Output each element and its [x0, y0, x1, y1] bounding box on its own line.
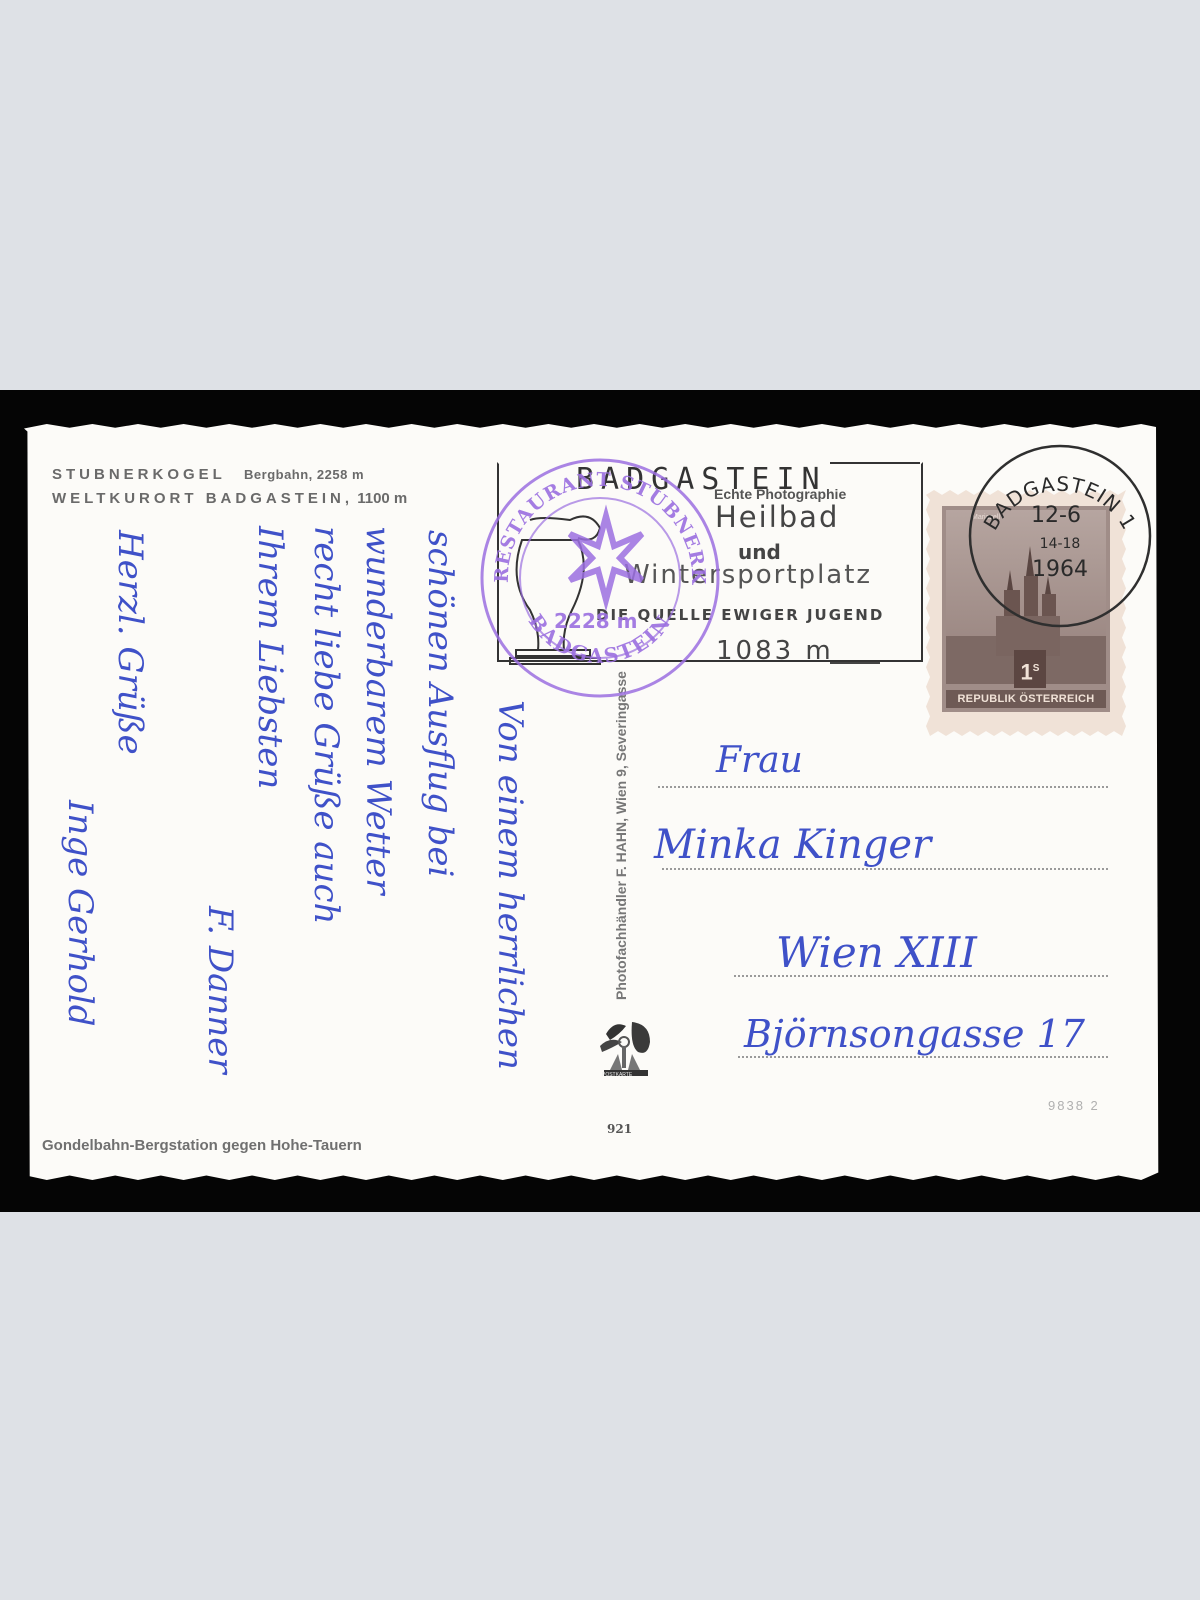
message-signature-1: F. Danner: [200, 906, 240, 1074]
message-signature-2: Inge Gerhold: [60, 800, 100, 1027]
header-subtitle: WELTKURORT BADGASTEIN,: [52, 490, 353, 507]
header-line-1: STUBNERKOGEL Bergbahn, 2258 m: [52, 466, 364, 483]
svg-text:14-18: 14-18: [1040, 536, 1081, 552]
svg-text:2228 m: 2228 m: [554, 609, 637, 633]
address-city: Wien XIII: [776, 928, 977, 977]
slogan-cancel-rule: [830, 462, 920, 464]
stamp-country: REPUBLIK ÖSTERREICH: [946, 690, 1106, 708]
address-line-4: [738, 1056, 1108, 1058]
svg-text:12-6: 12-6: [1031, 503, 1081, 528]
address-line-1: [658, 786, 1108, 788]
message-line-1: Von einem herrlichen: [490, 700, 530, 1070]
svg-text:1964: 1964: [1032, 557, 1088, 582]
header-elevation: 1100 m: [357, 490, 407, 507]
header-title: STUBNERKOGEL: [52, 466, 226, 483]
message-greeting: Herzl. Grüße: [110, 530, 150, 755]
message-line-3: wunderbarem Wetter: [358, 526, 398, 895]
header-detail: Bergbahn, 2258 m: [244, 467, 364, 482]
card-number: 921: [607, 1122, 632, 1136]
message-line-4: recht liebe Grüße auch: [306, 526, 346, 924]
restaurant-cachet-icon: BERGRESTAURANT STUBNERKOGEL • BADGASTEIN…: [478, 456, 722, 700]
svg-text:BERGRESTAURANT STUBNERKOGEL: BERGRESTAURANT STUBNERKOGEL: [478, 456, 709, 586]
message-line-2: schönen Ausflug bei: [420, 530, 460, 877]
address-salutation: Frau: [716, 740, 803, 781]
cancel-line-heilbad: Heilbad: [715, 500, 839, 534]
serial-number: 9838 2: [1048, 1098, 1100, 1113]
address-name: Minka Kinger: [654, 822, 931, 868]
cancel-dash: [830, 662, 880, 664]
address-street: Björnsongasse 17: [744, 1012, 1085, 1056]
address-line-2: [662, 868, 1108, 870]
message-line-5: Ihrem Liebsten: [250, 526, 290, 789]
photo-caption: Gondelbahn-Bergstation gegen Hohe-Tauern: [42, 1137, 362, 1154]
postmark-icon: BADGASTEIN 1 12-6 14-18 1964: [960, 436, 1160, 636]
header-line-2: WELTKURORT BADGASTEIN, 1100 m: [52, 490, 407, 507]
stamp-value: 1S: [1014, 650, 1046, 688]
logo-label: POSTKARTE: [602, 1072, 632, 1078]
cancel-line-elevation: 1083 m: [716, 636, 834, 666]
